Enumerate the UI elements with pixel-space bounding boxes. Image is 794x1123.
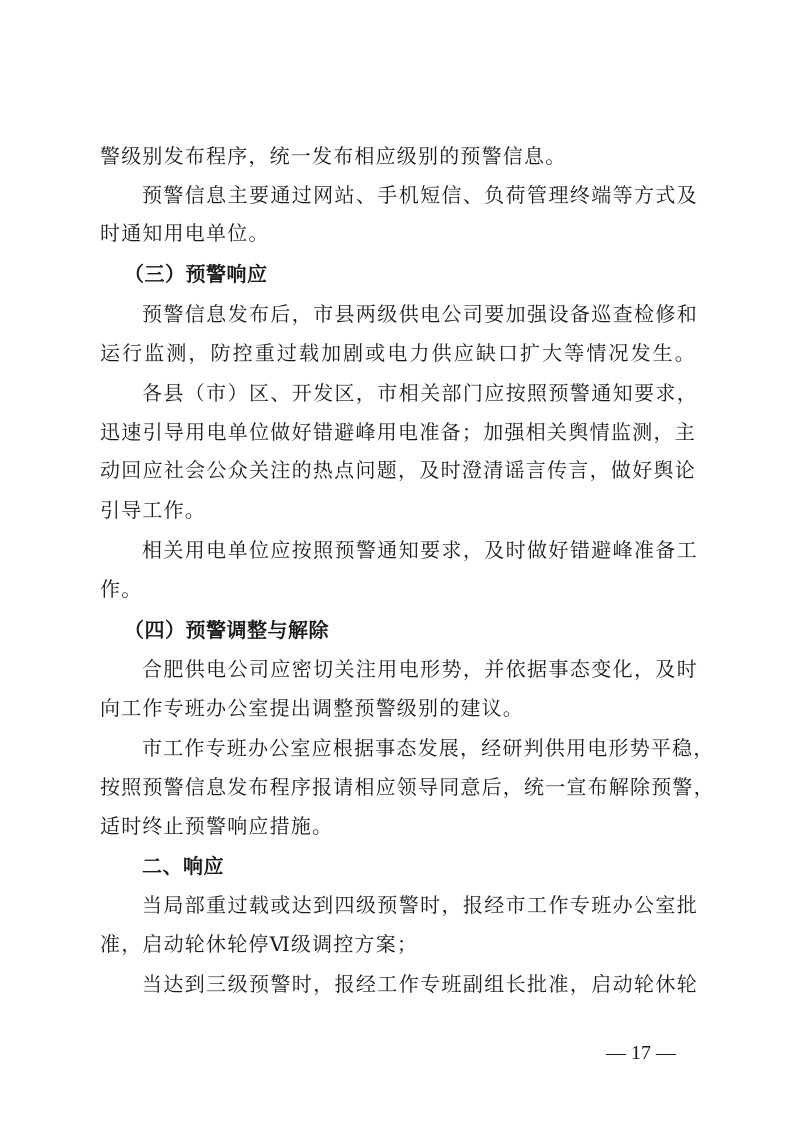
section-heading-warning-adjustment: （四）预警调整与解除 xyxy=(124,612,724,648)
paragraph-line: 作。 xyxy=(100,571,700,607)
paragraph-line: 适时终止预警响应措施。 xyxy=(100,808,700,844)
paragraph-line: 警级别发布程序，统一发布相应级别的预警信息。 xyxy=(100,138,700,174)
paragraph-line: 向工作专班办公室提出调整预警级别的建议。 xyxy=(100,690,700,726)
paragraph-line: 运行监测，防控重过载加剧或电力供应缺口扩大等情况发生。 xyxy=(100,335,696,371)
paragraph-line: 相关用电单位应按照预警通知要求，及时做好错避峰准备工 xyxy=(142,532,698,568)
document-page: 警级别发布程序，统一发布相应级别的预警信息。 预警信息主要通过网站、手机短信、负… xyxy=(0,0,794,1123)
paragraph-line: 当局部重过载或达到四级预警时，报经市工作专班办公室批 xyxy=(142,887,698,923)
paragraph-line: 引导工作。 xyxy=(100,492,700,528)
paragraph-line: 迅速引导用电单位做好错避峰用电准备；加强相关舆情监测，主 xyxy=(100,414,696,450)
paragraph-line: 合肥供电公司应密切关注用电形势，并依据事态变化，及时 xyxy=(142,651,698,687)
paragraph-line: 当达到三级预警时，报经工作专班副组长批准，启动轮休轮 xyxy=(142,966,698,1002)
paragraph-line: 预警信息主要通过网站、手机短信、负荷管理终端等方式及 xyxy=(142,177,698,213)
paragraph-line: 准，启动轮休轮停Ⅵ级调控方案； xyxy=(100,926,700,962)
paragraph-line: 各县（市）区、开发区，市相关部门应按照预警通知要求， xyxy=(142,375,698,411)
paragraph-line: 市工作专班办公室应根据事态发展，经研判供用电形势平稳， xyxy=(142,730,698,766)
page-number: — 17 — xyxy=(596,1038,686,1068)
paragraph-line: 按照预警信息发布程序报请相应领导同意后，统一宣布解除预警， xyxy=(100,769,696,805)
paragraph-line: 动回应社会公众关注的热点问题，及时澄清谣言传言，做好舆论 xyxy=(100,452,696,488)
paragraph-line: 时通知用电单位。 xyxy=(100,215,700,251)
section-heading-warning-response: （三）预警响应 xyxy=(124,256,724,292)
paragraph-line: 预警信息发布后，市县两级供电公司要加强设备巡查检修和 xyxy=(142,296,698,332)
section-heading-response: 二、响应 xyxy=(142,848,742,884)
